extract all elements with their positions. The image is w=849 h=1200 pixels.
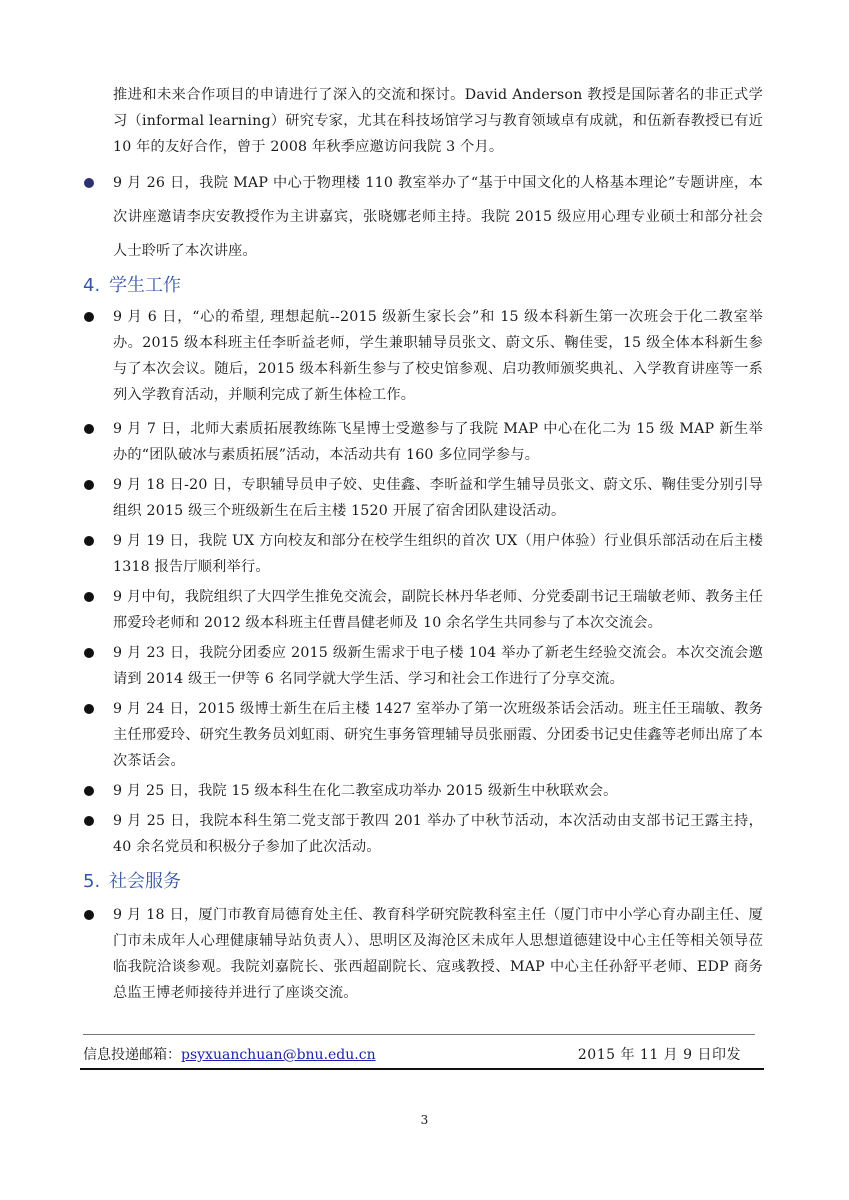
bullet-icon (84, 424, 94, 434)
list-item-text: 9 月 26 日，我院 MAP 中心于物理楼 110 教室举办了“基于中国文化的… (83, 166, 763, 268)
bullet-icon (84, 910, 94, 920)
list-item: 9 月 25 日，我院本科生第二党支部于教四 201 举办了中秋节活动，本次活动… (83, 808, 763, 860)
bullet-icon (84, 312, 94, 322)
list-item: 9 月 18 日-20 日，专职辅导员申子姣、史佳鑫、李昕益和学生辅导员张文、蔚… (83, 472, 763, 524)
section-heading-social-service: 5.社会服务 (83, 868, 763, 896)
list-item-text: 9 月 18 日，厦门市教育局德育处主任、教育科学研究院教科室主任（厦门市中小学… (83, 902, 763, 1006)
bullet-icon (84, 592, 94, 602)
list-item: 9 月 24 日，2015 级博士新生在后主楼 1427 室举办了第一次班级茶话… (83, 696, 763, 774)
footer: 信息投递邮箱：psyxuanchuan@bnu.edu.cn 2015 年 11… (83, 1044, 763, 1068)
document-page: 推进和未来合作项目的申请进行了深入的交流和探讨。David Anderson 教… (0, 0, 849, 1200)
bullet-icon (84, 786, 94, 796)
bullet-icon (84, 178, 94, 188)
bullet-icon (84, 704, 94, 714)
list-item: 9 月 25 日，我院 15 级本科生在化二教室成功举办 2015 级新生中秋联… (83, 778, 763, 804)
list-item-text: 9 月 24 日，2015 级博士新生在后主楼 1427 室举办了第一次班级茶话… (83, 696, 763, 774)
list-item: 9 月中旬，我院组织了大四学生推免交流会，副院长林丹华老师、分党委副书记王瑞敏老… (83, 584, 763, 636)
continuation-paragraph: 推进和未来合作项目的申请进行了深入的交流和探讨。David Anderson 教… (83, 82, 763, 160)
bullet-icon (84, 536, 94, 546)
list-item-text: 9 月 18 日-20 日，专职辅导员申子姣、史佳鑫、李昕益和学生辅导员张文、蔚… (83, 472, 763, 524)
issue-date: 2015 年 11 月 9 日印发 (578, 1044, 741, 1066)
list-item-text: 9 月 6 日，“心的希望, 理想起航--2015 级新生家长会”和 15 级本… (83, 304, 763, 408)
footer-divider-thick (80, 1068, 764, 1070)
footer-email: 信息投递邮箱：psyxuanchuan@bnu.edu.cn (83, 1044, 376, 1066)
list-item-text: 9 月 25 日，我院 15 级本科生在化二教室成功举办 2015 级新生中秋联… (83, 778, 763, 804)
list-item: 9 月 7 日，北师大素质拓展教练陈飞星博士受邀参与了我院 MAP 中心在化二为… (83, 416, 763, 468)
list-item: 9 月 26 日，我院 MAP 中心于物理楼 110 教室举办了“基于中国文化的… (83, 166, 763, 268)
email-link[interactable]: psyxuanchuan@bnu.edu.cn (181, 1047, 376, 1063)
page-content: 推进和未来合作项目的申请进行了深入的交流和探讨。David Anderson 教… (83, 82, 763, 1006)
footer-divider-thin (83, 1034, 755, 1035)
list-item: 9 月 6 日，“心的希望, 理想起航--2015 级新生家长会”和 15 级本… (83, 304, 763, 408)
list-item-text: 9 月 25 日，我院本科生第二党支部于教四 201 举办了中秋节活动，本次活动… (83, 808, 763, 860)
list-item-text: 9 月中旬，我院组织了大四学生推免交流会，副院长林丹华老师、分党委副书记王瑞敏老… (83, 584, 763, 636)
bullet-icon (84, 816, 94, 826)
list-item: 9 月 23 日，我院分团委应 2015 级新生需求于电子楼 104 举办了新老… (83, 640, 763, 692)
list-item: 9 月 19 日，我院 UX 方向校友和部分在校学生组织的首次 UX（用户体验）… (83, 528, 763, 580)
list-item-text: 9 月 23 日，我院分团委应 2015 级新生需求于电子楼 104 举办了新老… (83, 640, 763, 692)
email-label: 信息投递邮箱： (83, 1047, 181, 1063)
list-item-text: 9 月 7 日，北师大素质拓展教练陈飞星博士受邀参与了我院 MAP 中心在化二为… (83, 416, 763, 468)
bullet-icon (84, 480, 94, 490)
list-item-text: 9 月 19 日，我院 UX 方向校友和部分在校学生组织的首次 UX（用户体验）… (83, 528, 763, 580)
page-number: 3 (0, 1113, 849, 1127)
bullet-icon (84, 648, 94, 658)
section-heading-student-work: 4.学生工作 (83, 272, 763, 300)
list-item: 9 月 18 日，厦门市教育局德育处主任、教育科学研究院教科室主任（厦门市中小学… (83, 902, 763, 1006)
